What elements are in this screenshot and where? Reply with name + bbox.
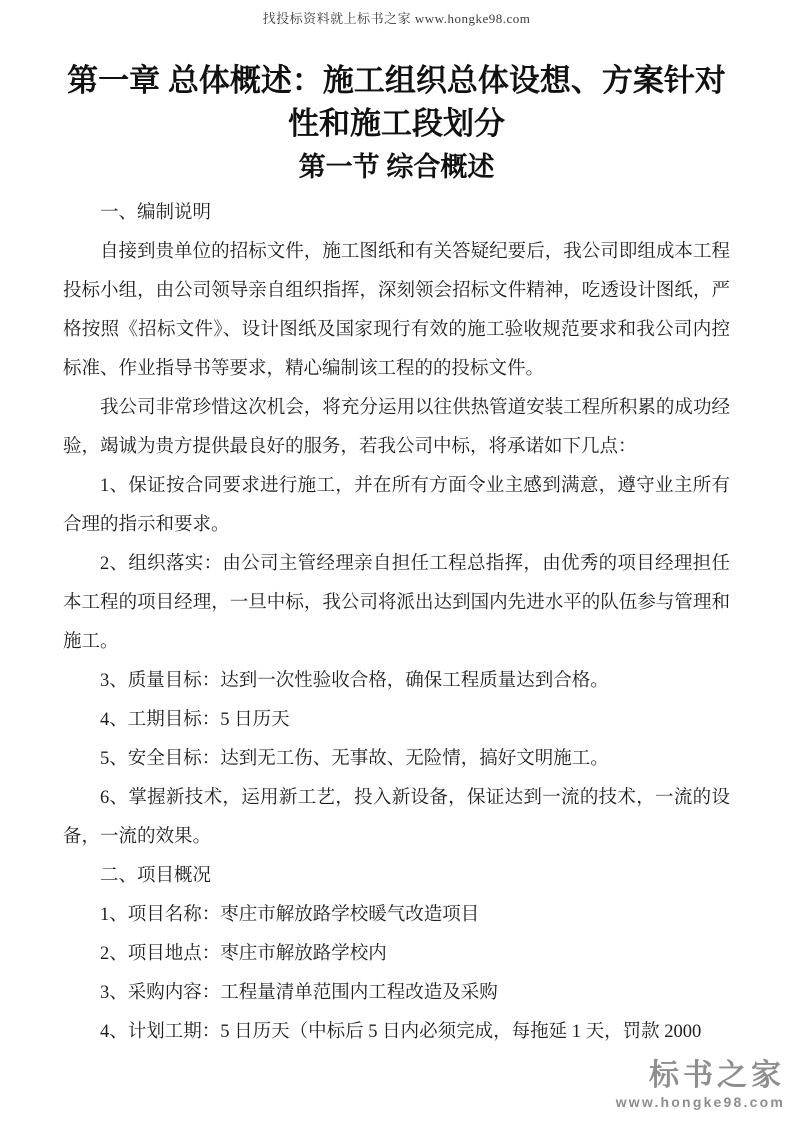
paragraph-commitment-4: 4、工期目标：5 日历天 — [63, 701, 730, 740]
paragraph-project-location: 2、项目地点：枣庄市解放路学校内 — [63, 935, 730, 974]
brand-logo-text: 标书之家 — [616, 1060, 785, 1092]
paragraph-commitment-1: 1、保证按合同要求进行施工，并在所有方面令业主感到满意，遵守业主所有合理的指示和… — [63, 467, 730, 545]
paragraph-planned-duration: 4、计划工期：5 日历天（中标后 5 日内必须完成，每拖延 1 天，罚款 200… — [63, 1013, 730, 1052]
paragraph-heading-project-overview: 二、项目概况 — [63, 857, 730, 896]
chapter-title: 第一章 总体概述：施工组织总体设想、方案针对性和施工段划分 — [58, 59, 735, 145]
header-site-watermark: 找投标资料就上标书之家 www.hongke98.com — [0, 0, 793, 27]
paragraph-commitment-3: 3、质量目标：达到一次性验收合格，确保工程质量达到合格。 — [63, 662, 730, 701]
paragraph-project-name: 1、项目名称：枣庄市解放路学校暖气改造项目 — [63, 896, 730, 935]
paragraph-commitment-intro: 我公司非常珍惜这次机会，将充分运用以往供热管道安装工程所积累的成功经验，竭诚为贵… — [63, 389, 730, 467]
section-title: 第一节 综合概述 — [63, 149, 730, 186]
document-body: 一、编制说明 自接到贵单位的招标文件，施工图纸和有关答疑纪要后，我公司即组成本工… — [63, 194, 730, 1052]
paragraph-heading-compilation-notes: 一、编制说明 — [63, 194, 730, 233]
paragraph-procurement-content: 3、采购内容：工程量清单范围内工程改造及采购 — [63, 974, 730, 1013]
paragraph-commitment-2: 2、组织落实：由公司主管经理亲自担任工程总指挥，由优秀的项目经理担任本工程的项目… — [63, 545, 730, 662]
paragraph-commitment-6: 6、掌握新技术，运用新工艺，投入新设备，保证达到一流的技术，一流的设备，一流的效… — [63, 779, 730, 857]
paragraph-intro: 自接到贵单位的招标文件，施工图纸和有关答疑纪要后，我公司即组成本工程投标小组，由… — [63, 233, 730, 389]
footer-brand-watermark: 标书之家 www.hongke98.com — [616, 1060, 785, 1110]
paragraph-commitment-5: 5、安全目标：达到无工伤、无事故、无险情，搞好文明施工。 — [63, 740, 730, 779]
brand-url-text: www.hongke98.com — [616, 1094, 785, 1110]
